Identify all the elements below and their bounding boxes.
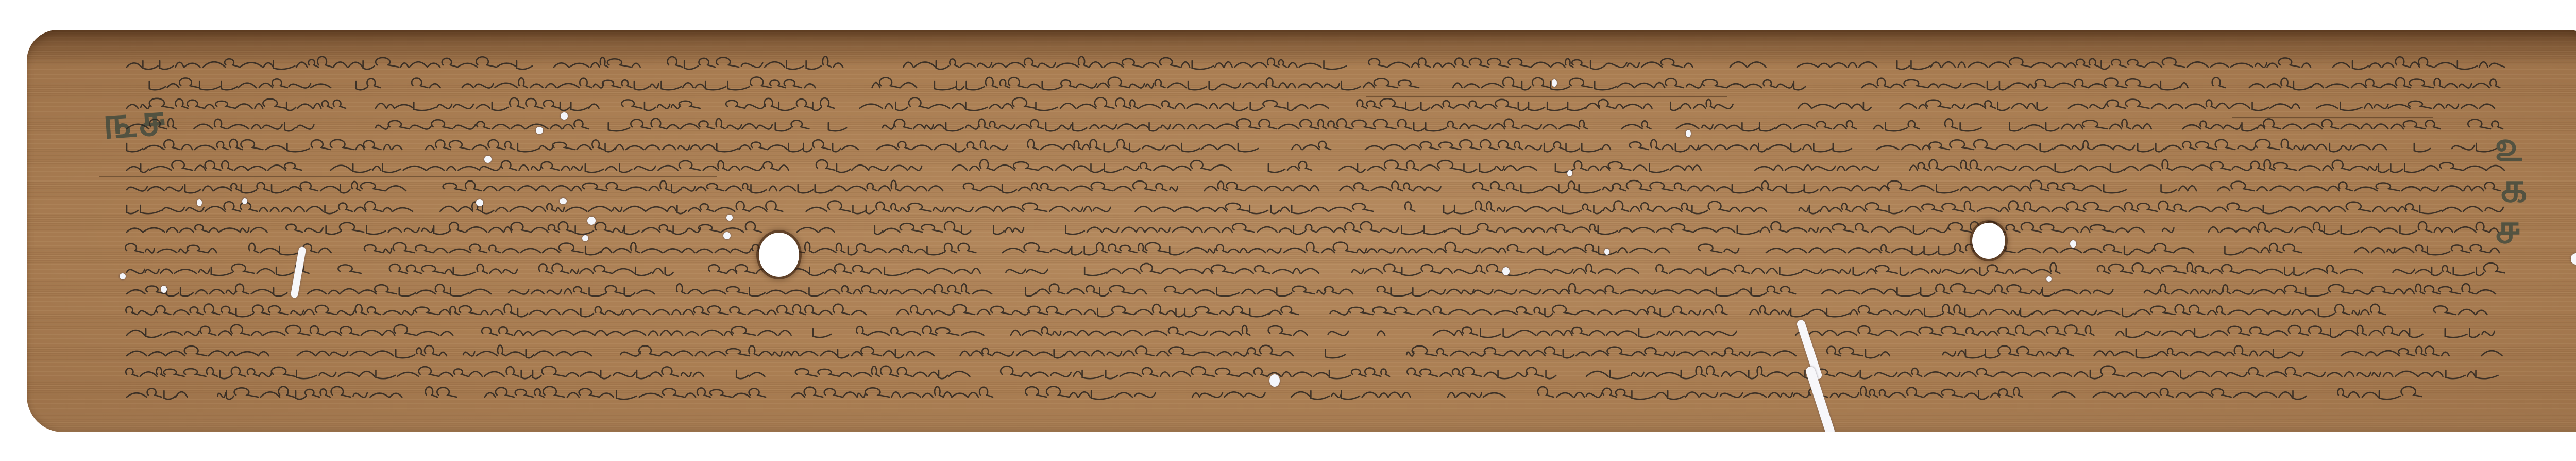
worm-hole (120, 273, 126, 279)
manuscript-text-line (125, 96, 2505, 113)
worm-hole (726, 215, 733, 221)
worm-hole (1567, 170, 1572, 176)
handwriting-strokes (125, 96, 2505, 113)
worm-hole (484, 156, 492, 163)
manuscript-text-block (125, 44, 2526, 405)
handwriting-strokes (125, 343, 2505, 361)
handwriting-strokes (125, 240, 2505, 258)
manuscript-text-line (125, 261, 2505, 278)
worm-hole (476, 199, 483, 206)
binding-hole-right (1972, 223, 2005, 259)
handwriting-strokes (125, 282, 2505, 299)
manuscript-text-line (125, 343, 2505, 361)
manuscript-text-line (125, 302, 2505, 320)
ruling-line (1366, 96, 1727, 97)
worm-hole (587, 217, 596, 225)
worm-hole (1502, 267, 1510, 275)
worm-hole (1552, 79, 1557, 87)
worm-hole (560, 198, 567, 204)
leaf-bottom-edge (27, 401, 2576, 432)
ruling-line (99, 176, 717, 177)
worm-hole (582, 235, 588, 241)
worm-hole (2046, 276, 2052, 282)
worm-hole (2070, 240, 2076, 248)
manuscript-text-line (125, 178, 2505, 196)
manuscript-text-line (125, 158, 2505, 175)
handwriting-strokes (125, 137, 2505, 155)
handwriting-strokes (125, 323, 2505, 340)
handwriting-strokes (125, 117, 2505, 134)
manuscript-text-line (125, 364, 2505, 382)
manuscript-text-line (125, 75, 2505, 93)
handwriting-strokes (125, 385, 2422, 402)
manuscript-text-line (125, 117, 2505, 134)
worm-hole (561, 112, 568, 120)
manuscript-scan: ௩௪ ௨ ௧ ௪ 214 (0, 0, 2576, 461)
worm-hole (536, 127, 543, 134)
worm-hole (242, 198, 247, 204)
handwriting-strokes (125, 158, 2505, 175)
manuscript-text-line (125, 323, 2505, 340)
worm-hole (723, 232, 731, 239)
manuscript-text-line (125, 137, 2505, 155)
leaf-crack (2571, 253, 2576, 265)
manuscript-text-line (125, 55, 2505, 72)
manuscript-text-line (125, 220, 2505, 237)
binding-hole-left (759, 233, 799, 277)
handwriting-strokes (125, 178, 2505, 196)
handwriting-strokes (125, 302, 2505, 320)
manuscript-text-line (125, 282, 2505, 299)
manuscript-text-line (125, 240, 2505, 258)
palm-leaf: ௩௪ ௨ ௧ ௪ (27, 30, 2576, 432)
worm-hole (1604, 249, 1609, 255)
manuscript-text-line (125, 385, 2422, 402)
worm-hole (1269, 374, 1280, 387)
worm-hole (161, 286, 167, 293)
handwriting-strokes (125, 75, 2505, 93)
ruling-line (2232, 117, 2433, 118)
worm-hole (1686, 130, 1691, 137)
handwriting-strokes (125, 220, 2505, 237)
handwriting-strokes (125, 261, 2505, 278)
handwriting-strokes (125, 55, 2505, 72)
handwriting-strokes (125, 364, 2505, 382)
worm-hole (197, 199, 202, 206)
